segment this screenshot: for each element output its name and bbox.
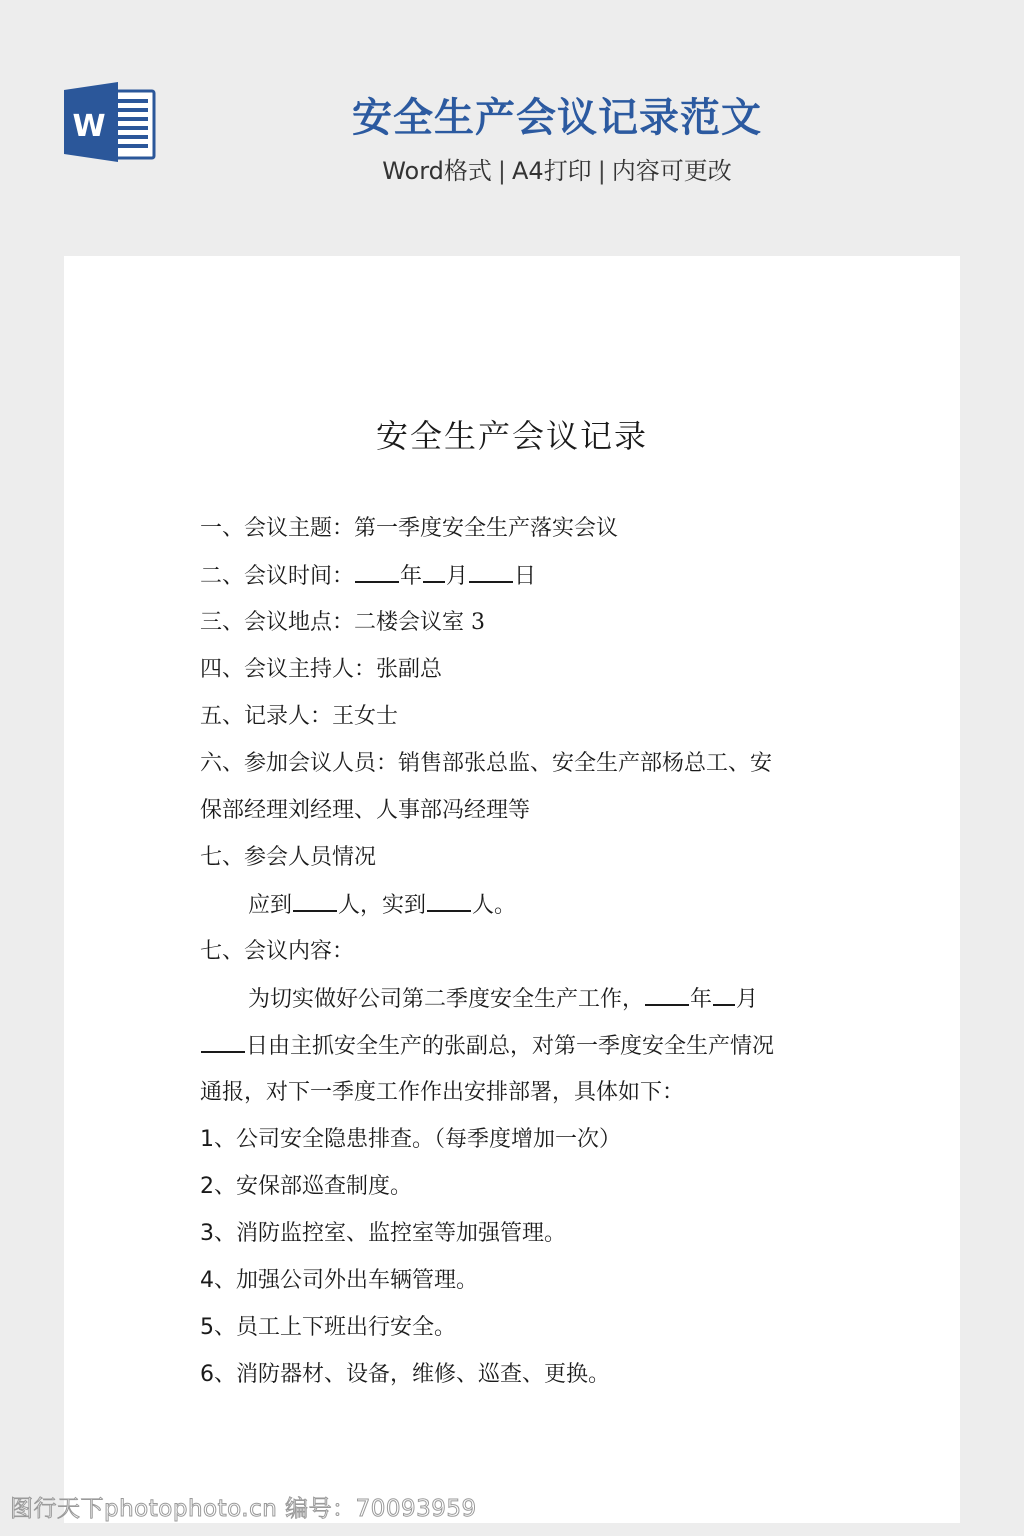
list-number: 6 (200, 1362, 214, 1387)
subtitle-editable: 内容可更改 (612, 157, 732, 185)
header-subtitle: Word格式|A4打印|内容可更改 (300, 154, 814, 188)
subtitle-format: Word格式 (382, 157, 492, 185)
document-page: 安全生产会议记录 一、会议主题：第一季度安全生产落实会议 二、会议时间：年月日 … (64, 256, 960, 1523)
meeting-attendees-line1: 六、参加会议人员：销售部张总监、安全生产部杨总工、安 (200, 745, 830, 792)
list-number: 3 (200, 1221, 214, 1246)
content-year-label: 年 (690, 987, 712, 1012)
list-item: 2、安保部巡查制度。 (200, 1168, 830, 1215)
subtitle-separator: | (498, 154, 506, 188)
expected-label: 应到 (248, 893, 292, 918)
list-item: 3、消防监控室、监控室等加强管理。 (200, 1215, 830, 1262)
content-text: 日由主抓安全生产的张副总，对第一季度安全生产情况 (246, 1034, 774, 1059)
content-text: 为切实做好公司第二季度安全生产工作， (248, 987, 644, 1012)
svg-text:W: W (72, 109, 105, 144)
day-blank (469, 557, 513, 583)
attendance-heading: 七、参会人员情况 (200, 839, 830, 886)
meeting-time: 二、会议时间：年月日 (200, 557, 830, 604)
list-number: 4 (200, 1268, 214, 1293)
meeting-recorder: 五、记录人：王女士 (200, 698, 830, 745)
header-title: 安全生产会议记录范文 (300, 94, 814, 142)
header: W 安全生产会议记录范文 Word格式|A4打印|内容可更改 (0, 0, 1024, 256)
list-item: 1、公司安全隐患排查。（每季度增加一次） (200, 1121, 830, 1168)
list-item: 5、员工上下班出行安全。 (200, 1309, 830, 1356)
list-item: 6、消防器材、设备，维修、巡查、更换。 (200, 1356, 830, 1403)
day-label: 日 (514, 564, 536, 589)
list-text: 、安保部巡查制度。 (214, 1174, 412, 1199)
actual-blank (427, 886, 471, 912)
content-month-label: 月 (736, 987, 758, 1012)
meeting-attendees-line2: 保部经理刘经理、人事部冯经理等 (200, 792, 830, 839)
content-month-blank (713, 980, 735, 1006)
list-text: 、公司安全隐患排查。（每季度增加一次） (214, 1127, 621, 1152)
meeting-time-label: 二、会议时间： (200, 564, 354, 589)
subtitle-print: A4打印 (512, 157, 592, 185)
list-text: 、加强公司外出车辆管理。 (214, 1268, 478, 1293)
word-document-icon: W (64, 82, 156, 162)
watermark: 图行天下photophoto.cn 编号：70093959 (10, 1490, 477, 1523)
actual-label: 人，实到 (338, 893, 426, 918)
content-year-blank (645, 980, 689, 1006)
list-number: 1 (200, 1127, 214, 1152)
list-text: 、消防器材、设备，维修、巡查、更换。 (214, 1362, 610, 1387)
attendance-count: 应到人，实到人。 (200, 886, 830, 933)
list-text: 、员工上下班出行安全。 (214, 1315, 456, 1340)
actual-unit: 人。 (472, 893, 516, 918)
subtitle-separator: | (598, 154, 606, 188)
content-heading: 七、会议内容： (200, 933, 830, 980)
meeting-location: 三、会议地点：二楼会议室 3 (200, 604, 830, 651)
list-text: 、消防监控室、监控室等加强管理。 (214, 1221, 566, 1246)
expected-blank (293, 886, 337, 912)
document-body: 一、会议主题：第一季度安全生产落实会议 二、会议时间：年月日 三、会议地点：二楼… (200, 510, 830, 1403)
meeting-topic: 一、会议主题：第一季度安全生产落实会议 (200, 510, 830, 557)
content-paragraph-line1: 为切实做好公司第二季度安全生产工作，年月 (200, 980, 830, 1027)
document-title: 安全生产会议记录 (64, 416, 960, 456)
content-paragraph-line2: 日由主抓安全生产的张副总，对第一季度安全生产情况 (200, 1027, 830, 1074)
list-number: 2 (200, 1174, 214, 1199)
meeting-host: 四、会议主持人：张副总 (200, 651, 830, 698)
list-number: 5 (200, 1315, 214, 1340)
month-blank (423, 557, 445, 583)
content-day-blank (201, 1027, 245, 1053)
content-paragraph-line3: 通报，对下一季度工作作出安排部署，具体如下： (200, 1074, 830, 1121)
list-item: 4、加强公司外出车辆管理。 (200, 1262, 830, 1309)
month-label: 月 (446, 564, 468, 589)
year-blank (355, 557, 399, 583)
year-label: 年 (400, 564, 422, 589)
